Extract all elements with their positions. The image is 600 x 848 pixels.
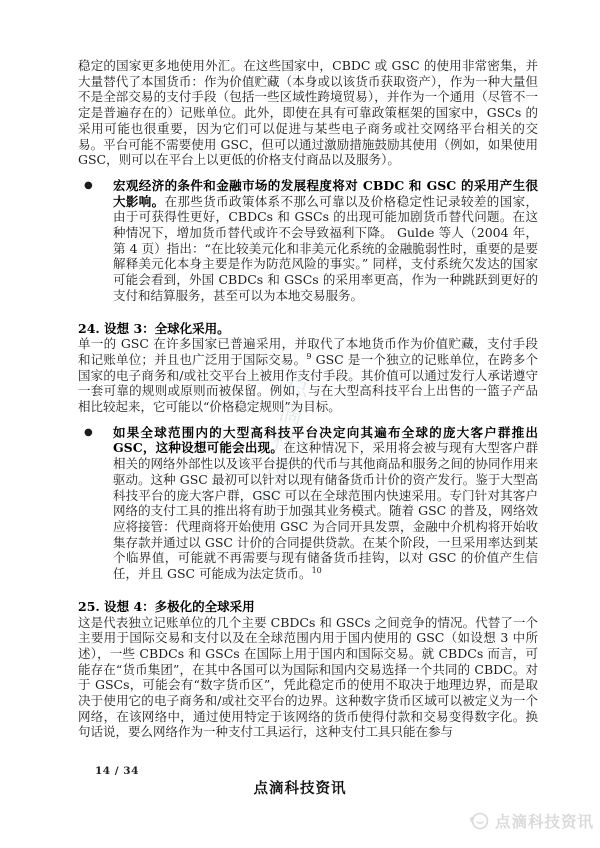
bullet-bigtech-body: 在这种情况下，采用将会被与现有大型客户群相关的网络外部性以及该平台提供的代币与其…	[113, 440, 538, 581]
bullet-item-macro-conditions: ● 宏观经济的条件和金融市场的发展程度将对 CBDC 和 GSC 的采用产生很大…	[78, 178, 538, 304]
document-body: 稳定的国家更多地使用外汇。在这些国家中，CBDC 或 GSC 的使用非常密集，并…	[78, 58, 538, 740]
paragraph-currency-substitution: 稳定的国家更多地使用外汇。在这些国家中，CBDC 或 GSC 的使用非常密集，并…	[78, 58, 538, 168]
bullet-bigtech-text: 如果全球范围内的大型高科技平台决定向其遍布全球的庞大客户群推出 GSC，这种设想…	[113, 425, 538, 582]
heading-scenario-4: 25. 设想 4：多极化的全球采用	[78, 599, 538, 615]
footer-brand-title: 点滴科技资讯	[0, 777, 600, 798]
bullet-icon: ●	[84, 178, 93, 194]
paragraph-scenario-4: 这是代表独立记账单位的几个主要 CBDCs 和 GSCs 之间竞争的情况。代替了…	[78, 615, 538, 741]
paragraph-scenario-3: 单一的 GSC 在许多国家已普遍采用，并取代了本地货币作为价值贮藏，支付手段和记…	[78, 336, 538, 415]
droplet-logo-icon	[467, 811, 491, 831]
bullet-icon: ●	[84, 425, 93, 441]
heading-scenario-3: 24. 设想 3：全球化采用。	[78, 321, 538, 337]
bullet-item-bigtech-gsc: ● 如果全球范围内的大型高科技平台决定向其遍布全球的庞大客户群推出 GSC，这种…	[78, 425, 538, 582]
bullet-macro-body: 在那些货币政策体系不那么可靠以及价格稳定性记录较差的国家，由于可获得性更好，CB…	[113, 194, 538, 303]
corner-watermark: 点滴科技资讯	[467, 810, 594, 832]
bullet-macro-text: 宏观经济的条件和金融市场的发展程度将对 CBDC 和 GSC 的采用产生很大影响…	[113, 178, 538, 304]
document-page: 点滴科技资讯 稳定的国家更多地使用外汇。在这些国家中，CBDC 或 GSC 的使…	[0, 0, 600, 848]
page-number: 14 / 34	[95, 765, 139, 777]
footnote-ref-10: 10	[312, 566, 322, 575]
corner-watermark-text: 点滴科技资讯	[495, 810, 594, 832]
